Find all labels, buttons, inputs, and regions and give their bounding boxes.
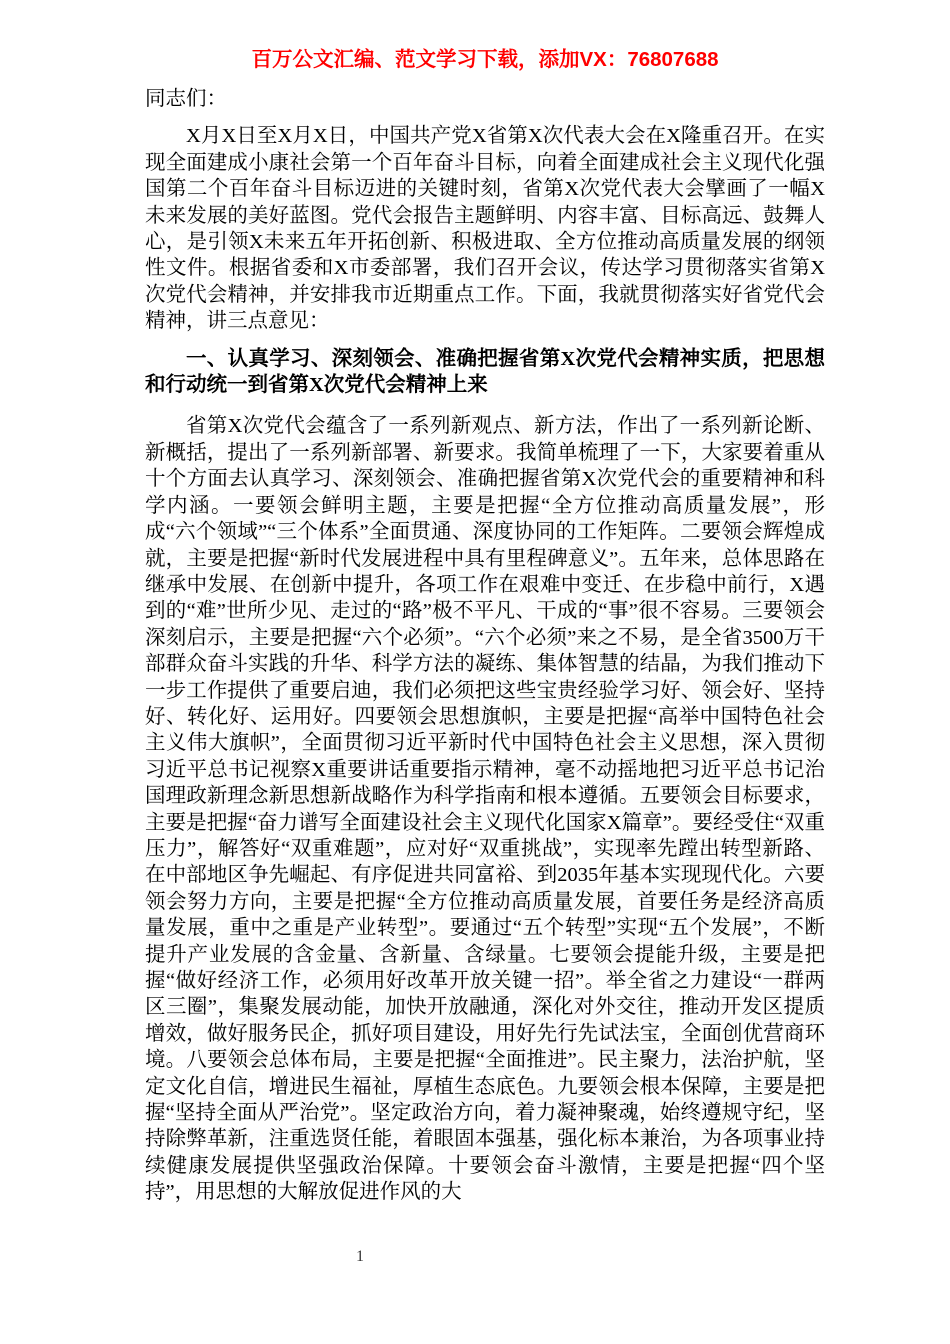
page-number: 1 [356, 1248, 364, 1266]
paragraph-section-1: 省第X次党代会蕴含了一系列新观点、新方法，作出了一系列新论断、新概括，提出了一系… [145, 413, 825, 1205]
salutation: 同志们： [145, 86, 825, 112]
header-promo-notice: 百万公文汇编、范文学习下载，添加VX：76807688 [145, 46, 825, 73]
document-content: 百万公文汇编、范文学习下载，添加VX：76807688 同志们： X月X日至X月… [145, 46, 825, 1206]
paragraph-intro: X月X日至X月X日，中国共产党X省第X次代表大会在X隆重召开。在实现全面建成小康… [145, 123, 825, 334]
document-page: 百万公文汇编、范文学习下载，添加VX：76807688 同志们： X月X日至X月… [0, 0, 950, 1344]
section-heading-1: 一、认真学习、深刻领会、准确把握省第X次党代会精神实质，把思想和行动统一到省第X… [145, 346, 825, 399]
